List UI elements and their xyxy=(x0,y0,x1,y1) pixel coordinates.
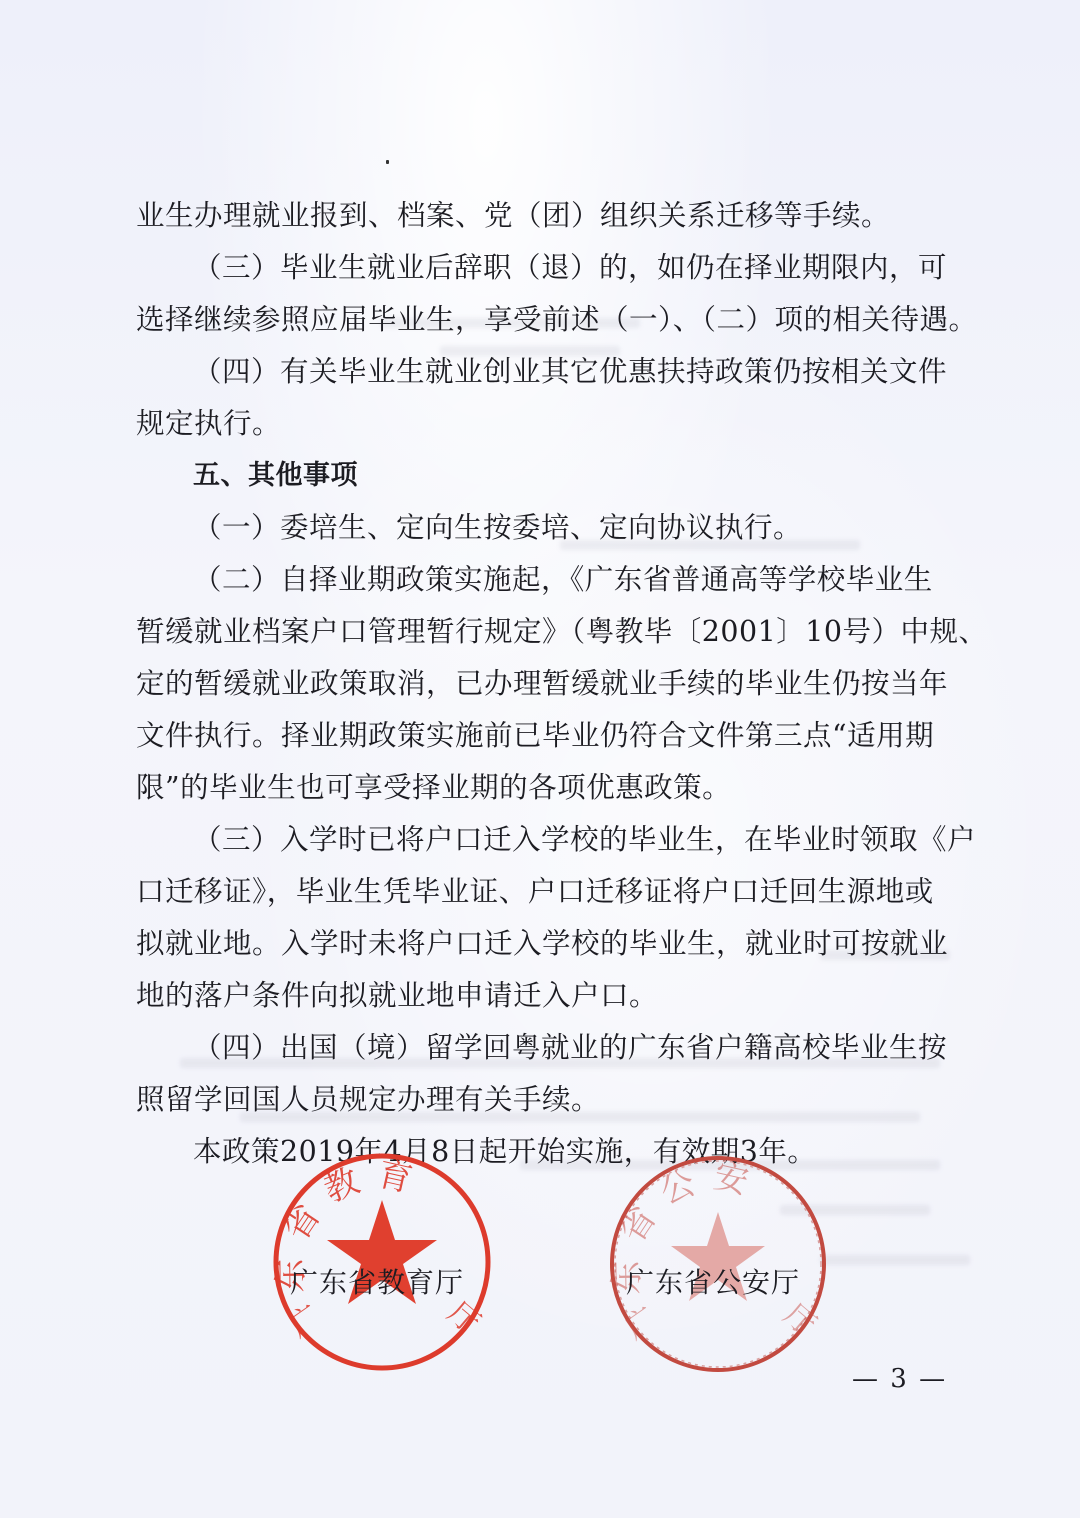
seal-icon: 东省公安 广 厅 xyxy=(604,1150,832,1378)
text-line: 限”的毕业生也可享受择业期的各项优惠政策。 xyxy=(136,762,940,814)
page-number: — 3 — xyxy=(852,1364,947,1394)
text-line: 口迁移证》，毕业生凭毕业证、户口迁移证将户口迁回生源地或 xyxy=(136,866,940,918)
text-line: （一）委培生、定向生按委培、定向协议执行。 xyxy=(136,502,940,554)
seal-icon: 东省教育 广 厅 xyxy=(268,1148,496,1376)
text-line: 拟就业地。入学时未将户口迁入学校的毕业生，就业时可按就业 xyxy=(136,918,940,970)
document-body: 业生办理就业报到、档案、党（团）组织关系迁移等手续。 （三）毕业生就业后辞职（退… xyxy=(136,190,940,1178)
paragraph-deferred-employment: （二）自择业期政策实施起，《广东省普通高等学校毕业生 暂缓就业档案户口管理暂行规… xyxy=(136,554,940,814)
text-line: 照留学回国人员规定办理有关手续。 xyxy=(136,1074,940,1126)
signer-public-security-department: 广东省公安厅 xyxy=(626,1266,800,1300)
ink-speck xyxy=(386,160,389,164)
paragraph-household-registration: （三）入学时已将户口迁入学校的毕业生，在毕业时领取《户 口迁移证》，毕业生凭毕业… xyxy=(136,814,940,1022)
paragraph-procedures: 业生办理就业报到、档案、党（团）组织关系迁移等手续。 xyxy=(136,190,940,242)
text-line: （二）自择业期政策实施起，《广东省普通高等学校毕业生 xyxy=(136,554,940,606)
official-seal-education: 东省教育 广 厅 xyxy=(268,1148,496,1376)
show-through-mark xyxy=(820,1255,970,1265)
text-line: 定的暂缓就业政策取消，已办理暂缓就业手续的毕业生仍按当年 xyxy=(136,658,940,710)
text-line: （四）有关毕业生就业创业其它优惠扶持政策仍按相关文件 xyxy=(136,346,940,398)
text-line: （三）毕业生就业后辞职（退）的，如仍在择业期限内，可 xyxy=(136,242,940,294)
paragraph-resignation: （三）毕业生就业后辞职（退）的，如仍在择业期限内，可 选择继续参照应届毕业生，享… xyxy=(136,242,940,346)
text-line: 规定执行。 xyxy=(136,398,940,450)
text-line: 地的落户条件向拟就业地申请迁入户口。 xyxy=(136,970,940,1022)
text-line: （三）入学时已将户口迁入学校的毕业生，在毕业时领取《户 xyxy=(136,814,940,866)
svg-text:广: 广 xyxy=(619,1301,664,1347)
official-seal-public-security: 东省公安 广 厅 xyxy=(604,1150,832,1378)
text-line: 业生办理就业报到、档案、党（团）组织关系迁移等手续。 xyxy=(136,190,940,242)
text-line: （四）出国（境）留学回粤就业的广东省户籍高校毕业生按 xyxy=(136,1022,940,1074)
text-line: 暂缓就业档案户口管理暂行规定》（粤教毕〔2001〕10号）中规、 xyxy=(136,606,940,658)
text-line: 选择继续参照应届毕业生，享受前述（一）、（二）项的相关待遇。 xyxy=(136,294,940,346)
paragraph-overseas-returnees: （四）出国（境）留学回粤就业的广东省户籍高校毕业生按 照留学回国人员规定办理有关… xyxy=(136,1022,940,1126)
svg-text:广: 广 xyxy=(283,1299,328,1345)
document-page: 业生办理就业报到、档案、党（团）组织关系迁移等手续。 （三）毕业生就业后辞职（退… xyxy=(0,0,1080,1518)
paragraph-other-policies: （四）有关毕业生就业创业其它优惠扶持政策仍按相关文件 规定执行。 xyxy=(136,346,940,450)
paragraph-commissioned-students: （一）委培生、定向生按委培、定向协议执行。 xyxy=(136,502,940,554)
text-line: 文件执行。择业期政策实施前已毕业仍符合文件第三点“适用期 xyxy=(136,710,940,762)
section-heading: 五、其他事项 xyxy=(136,450,940,502)
signer-education-department: 广东省教育厅 xyxy=(290,1266,464,1300)
